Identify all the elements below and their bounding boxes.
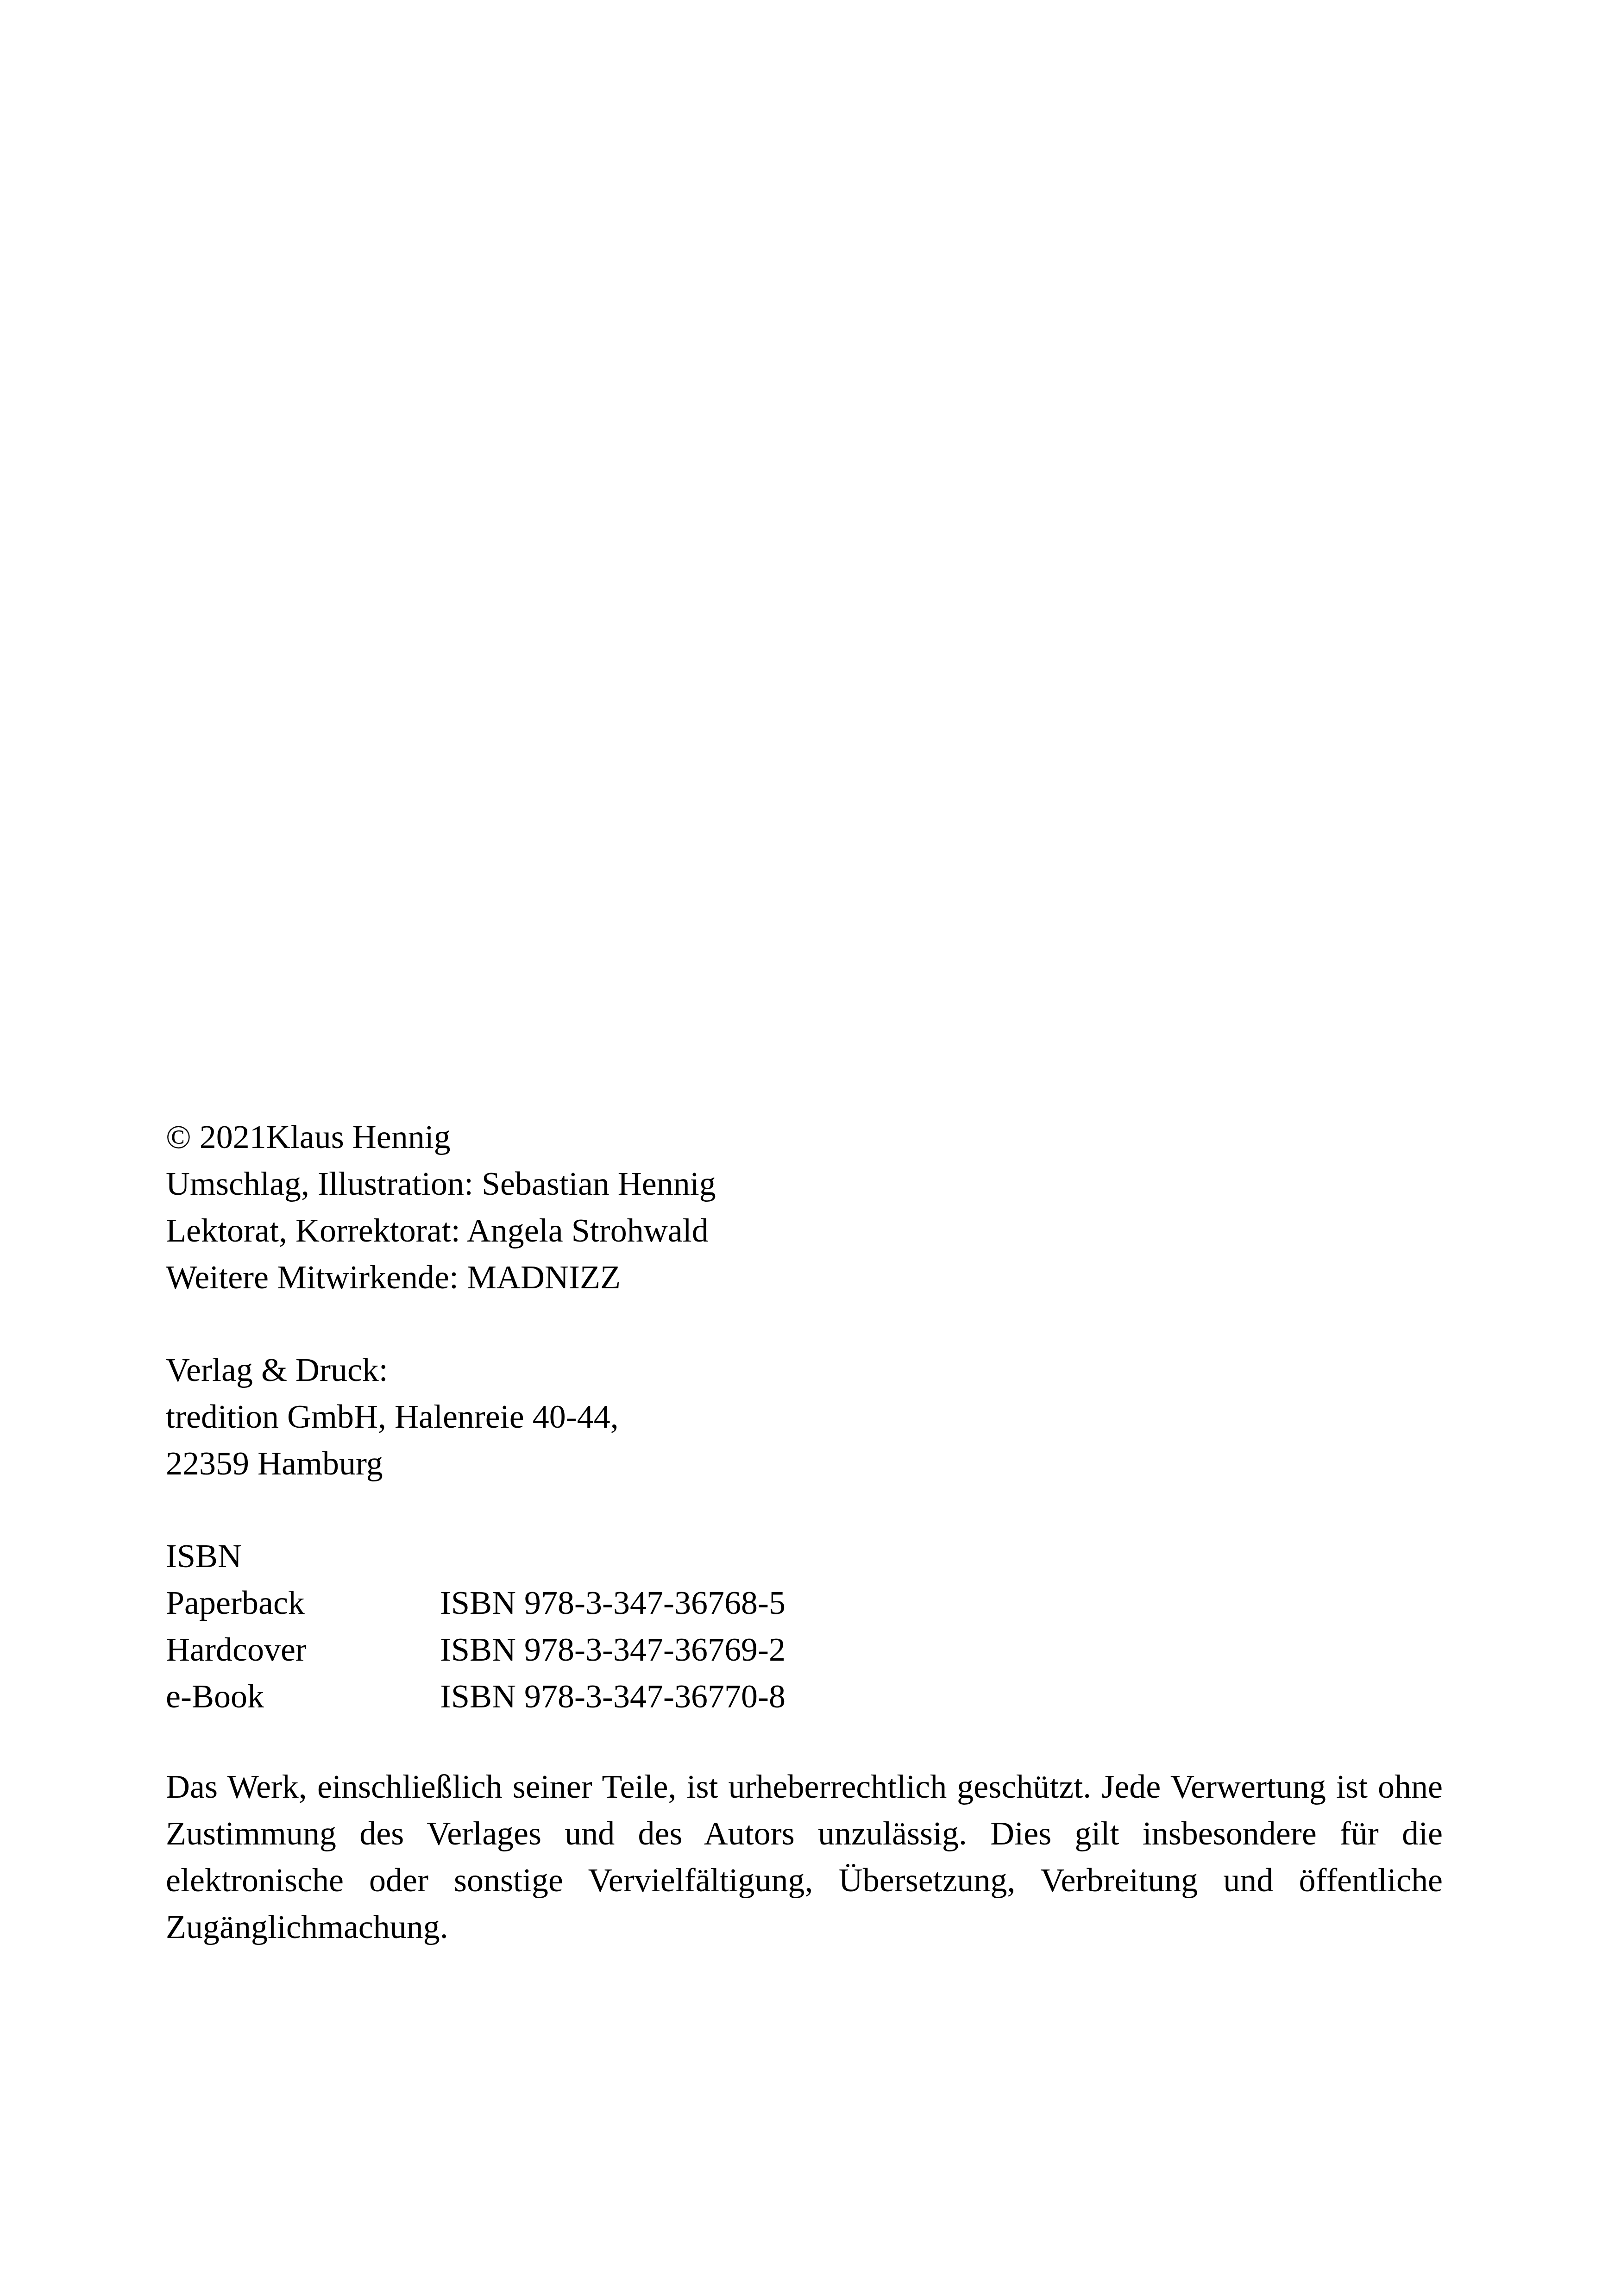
- cover-illustration-credit: Umschlag, Illustration: Sebastian Hennig: [166, 1161, 1443, 1207]
- copyright-notice: Das Werk, einschließlich seiner Teile, i…: [166, 1763, 1443, 1951]
- publisher-block: Verlag & Druck: tredition GmbH, Halenrei…: [166, 1347, 1443, 1487]
- imprint-page: © 2021Klaus Hennig Umschlag, Illustratio…: [0, 0, 1621, 2296]
- publisher-company: tredition GmbH, Halenreie 40-44,: [166, 1393, 1443, 1440]
- isbn-row: Paperback ISBN 978-3-347-36768-5: [166, 1580, 1443, 1626]
- isbn-heading: ISBN: [166, 1533, 1443, 1580]
- isbn-number: ISBN 978-3-347-36769-2: [440, 1626, 785, 1673]
- copyright-line: © 2021Klaus Hennig: [166, 1114, 1443, 1161]
- isbn-format: Paperback: [166, 1580, 305, 1626]
- editing-credit: Lektorat, Korrektorat: Angela Strohwald: [166, 1207, 1443, 1254]
- publisher-label: Verlag & Druck:: [166, 1347, 1443, 1393]
- publisher-city: 22359 Hamburg: [166, 1440, 1443, 1487]
- isbn-block: ISBN Paperback ISBN 978-3-347-36768-5 Ha…: [166, 1533, 1443, 1720]
- isbn-row: e-Book ISBN 978-3-347-36770-8: [166, 1673, 1443, 1720]
- contributors-credit: Weitere Mitwirkende: MADNIZZ: [166, 1254, 1443, 1301]
- isbn-format: Hardcover: [166, 1626, 307, 1673]
- isbn-number: ISBN 978-3-347-36770-8: [440, 1673, 785, 1720]
- isbn-number: ISBN 978-3-347-36768-5: [440, 1580, 785, 1626]
- isbn-row: Hardcover ISBN 978-3-347-36769-2: [166, 1626, 1443, 1673]
- isbn-format: e-Book: [166, 1673, 264, 1720]
- credits-block: © 2021Klaus Hennig Umschlag, Illustratio…: [166, 1114, 1443, 1301]
